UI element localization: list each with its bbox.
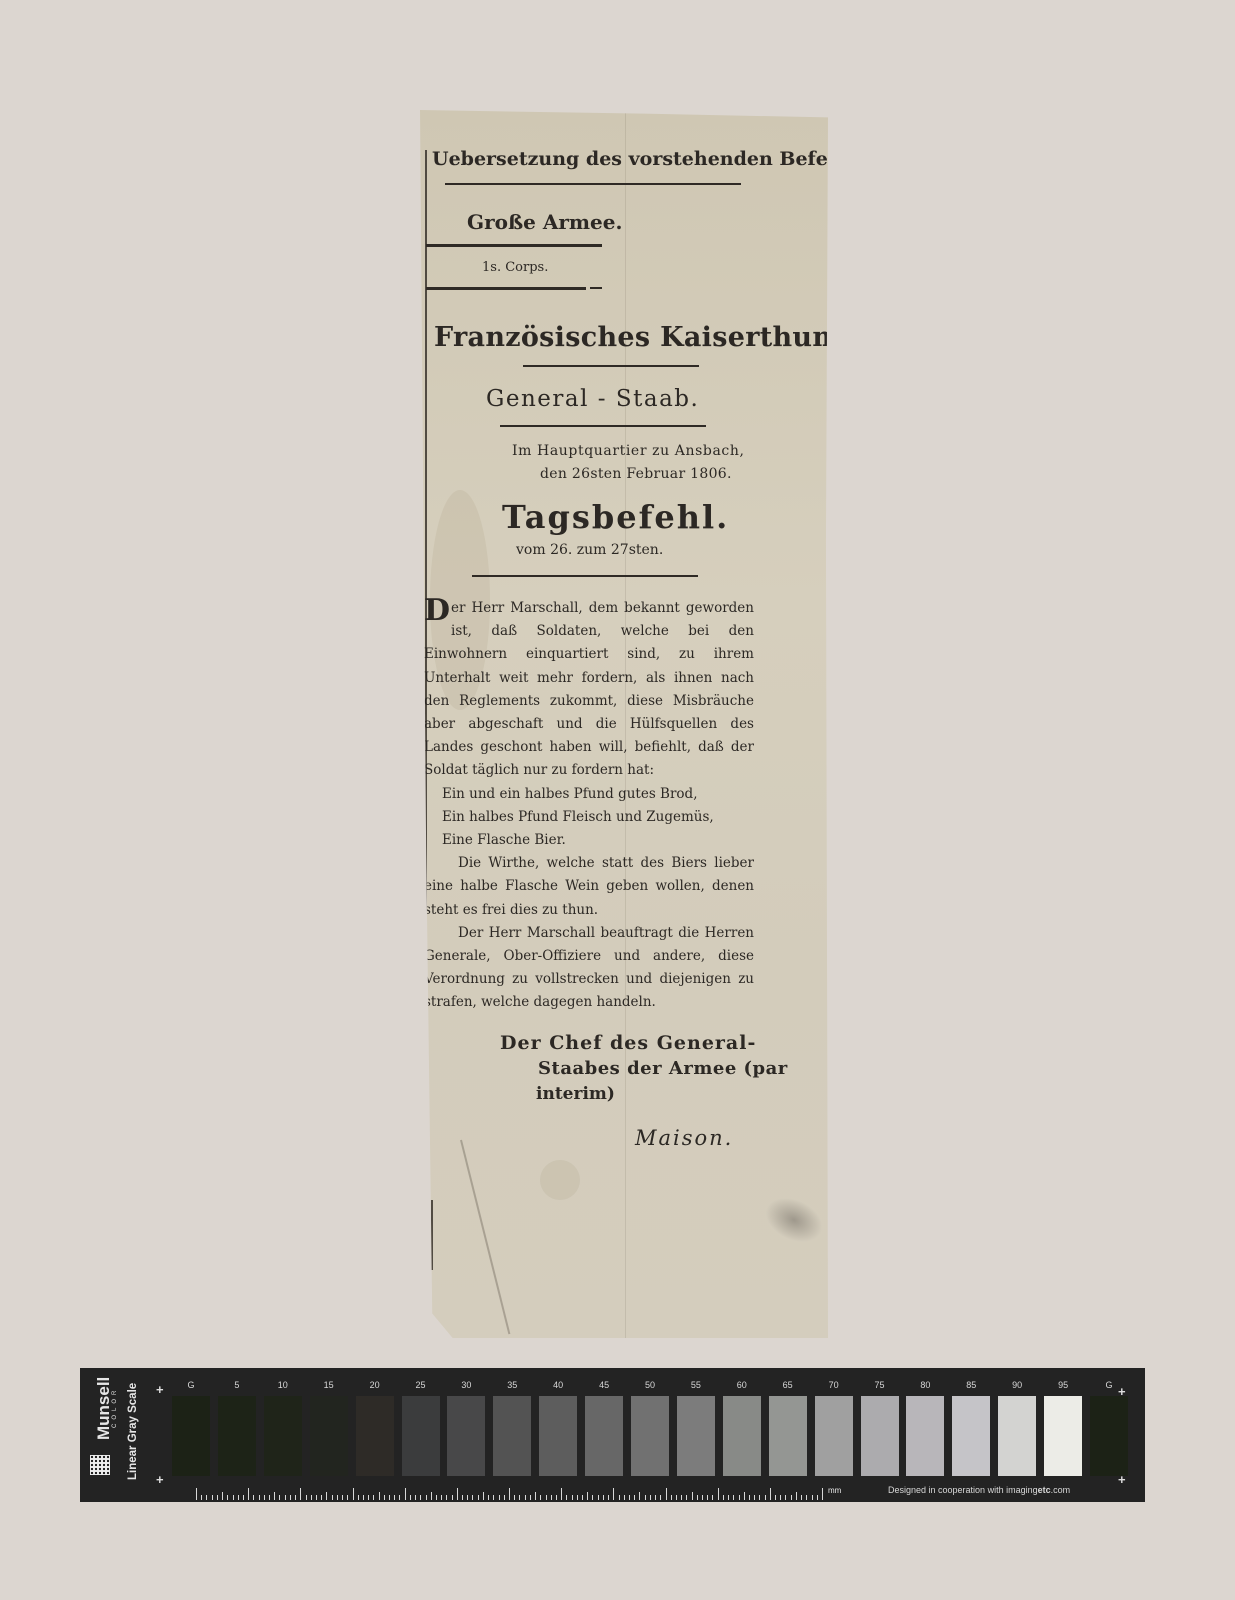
gray-swatch xyxy=(172,1396,210,1476)
divider xyxy=(445,183,741,185)
gray-swatch xyxy=(356,1396,394,1476)
ruler-tick xyxy=(285,1495,286,1500)
ruler-tick xyxy=(410,1495,411,1500)
ruler-tick xyxy=(744,1492,745,1500)
date-line: den 26sten Februar 1806. xyxy=(540,466,732,482)
swatch-label: G xyxy=(172,1380,210,1390)
ruler-tick xyxy=(483,1492,484,1500)
ruler-tick xyxy=(535,1492,536,1500)
ruler-tick xyxy=(347,1495,348,1500)
ruler-tick xyxy=(598,1495,599,1500)
ruler-tick xyxy=(791,1495,792,1500)
ruler-tick xyxy=(478,1495,479,1500)
ruler-tick xyxy=(212,1495,213,1500)
gray-swatch xyxy=(310,1396,348,1476)
ruler-tick xyxy=(592,1495,593,1500)
gray-swatch xyxy=(861,1396,899,1476)
ruler-tick xyxy=(765,1495,766,1500)
signature-title-line-2: Staabes der Armee (par xyxy=(538,1058,788,1079)
ruler-tick xyxy=(441,1495,442,1500)
ration-item: Ein halbes Pfund Fleisch und Zugemüs, xyxy=(424,806,754,829)
ruler-tick xyxy=(493,1495,494,1500)
ruler-tick xyxy=(457,1488,458,1500)
ruler-tick xyxy=(561,1488,562,1500)
ruler-tick xyxy=(279,1495,280,1500)
ruler-tick xyxy=(650,1495,651,1500)
ruler-tick xyxy=(770,1488,771,1500)
swatch-label: 90 xyxy=(998,1380,1036,1390)
ruler-tick xyxy=(702,1495,703,1500)
ruler-tick xyxy=(504,1495,505,1500)
ruler-tick xyxy=(712,1495,713,1500)
mm-ruler xyxy=(196,1486,822,1500)
ruler-tick xyxy=(666,1488,667,1500)
ruler-tick xyxy=(822,1488,823,1500)
swatch-label: 50 xyxy=(631,1380,669,1390)
brand-sub: COLOR xyxy=(112,1387,118,1428)
ruler-tick xyxy=(264,1495,265,1500)
divider xyxy=(426,287,586,290)
swatch-label: 40 xyxy=(539,1380,577,1390)
ruler-tick xyxy=(775,1495,776,1500)
ruler-tick xyxy=(754,1495,755,1500)
ruler-tick xyxy=(368,1495,369,1500)
gray-swatch xyxy=(402,1396,440,1476)
ruler-tick xyxy=(326,1492,327,1500)
ruler-tick xyxy=(300,1488,301,1500)
ruler-tick xyxy=(311,1495,312,1500)
ruler-tick xyxy=(472,1495,473,1500)
ruler-tick xyxy=(290,1495,291,1500)
divider xyxy=(472,575,698,577)
order-body: Der Herr Marschall, dem bekannt geworden… xyxy=(424,597,754,1015)
document-header: Uebersetzung des vorstehenden Befehls. xyxy=(432,148,866,170)
order-subtitle: vom 26. zum 27sten. xyxy=(516,542,663,558)
ruler-tick xyxy=(394,1495,395,1500)
registration-mark-icon: + xyxy=(156,1472,164,1487)
place-line: Im Hauptquartier zu Ansbach, xyxy=(512,443,745,459)
swatch-label: 55 xyxy=(677,1380,715,1390)
ruler-tick xyxy=(519,1495,520,1500)
ruler-tick xyxy=(603,1495,604,1500)
ruler-tick xyxy=(812,1495,813,1500)
divider xyxy=(426,244,602,247)
swatch-label: 25 xyxy=(402,1380,440,1390)
ruler-tick xyxy=(582,1495,583,1500)
swatch-label: 80 xyxy=(906,1380,944,1390)
ruler-tick xyxy=(681,1495,682,1500)
ruler-tick xyxy=(660,1495,661,1500)
ruler-tick xyxy=(639,1492,640,1500)
ruler-tick xyxy=(295,1495,296,1500)
swatch-label: 10 xyxy=(264,1380,302,1390)
swatch-label: 20 xyxy=(356,1380,394,1390)
gray-swatch xyxy=(723,1396,761,1476)
ruler-tick xyxy=(462,1495,463,1500)
staff-heading: General - Staab. xyxy=(486,386,699,412)
ruler-tick xyxy=(739,1495,740,1500)
signatory-name: Maison. xyxy=(635,1126,733,1150)
ruler-tick xyxy=(342,1495,343,1500)
ruler-tick xyxy=(692,1492,693,1500)
ruler-tick xyxy=(697,1495,698,1500)
gray-swatch xyxy=(631,1396,669,1476)
gray-swatch xyxy=(906,1396,944,1476)
gray-swatch xyxy=(585,1396,623,1476)
swatch-label: 60 xyxy=(723,1380,761,1390)
ruler-tick xyxy=(332,1495,333,1500)
ruler-tick xyxy=(363,1495,364,1500)
ruler-tick xyxy=(373,1495,374,1500)
ruler-tick xyxy=(509,1488,510,1500)
ruler-tick xyxy=(556,1495,557,1500)
gray-swatch xyxy=(998,1396,1036,1476)
empire-heading: Französisches Kaiserthum. xyxy=(434,322,851,353)
ruler-tick xyxy=(817,1495,818,1500)
paragraph-1: Der Herr Marschall, dem bekannt geworden… xyxy=(424,597,754,783)
ruler-tick xyxy=(629,1495,630,1500)
ruler-tick xyxy=(233,1495,234,1500)
army-heading: Große Armee. xyxy=(467,210,622,234)
ruler-tick xyxy=(577,1495,578,1500)
divider xyxy=(590,287,602,289)
ruler-tick xyxy=(613,1488,614,1500)
gray-swatch xyxy=(264,1396,302,1476)
swatch-label: G xyxy=(1090,1380,1128,1390)
gray-swatch-strip: G5101520253035404550556065707580859095G xyxy=(172,1376,1131,1476)
gray-swatch xyxy=(447,1396,485,1476)
swatch-label: 30 xyxy=(447,1380,485,1390)
ruler-tick xyxy=(525,1495,526,1500)
swatch-label: 75 xyxy=(861,1380,899,1390)
swatch-label: 45 xyxy=(585,1380,623,1390)
ruler-tick xyxy=(358,1495,359,1500)
ruler-tick xyxy=(259,1495,260,1500)
ruler-tick xyxy=(405,1488,406,1500)
ruler-tick xyxy=(728,1495,729,1500)
ruler-tick xyxy=(316,1495,317,1500)
ruler-tick xyxy=(655,1495,656,1500)
swatch-label: 85 xyxy=(952,1380,990,1390)
ruler-tick xyxy=(608,1495,609,1500)
ruler-tick xyxy=(514,1495,515,1500)
ruler-tick xyxy=(551,1495,552,1500)
swatch-label: 65 xyxy=(769,1380,807,1390)
ruler-tick xyxy=(415,1495,416,1500)
ruler-tick xyxy=(566,1495,567,1500)
munsell-gray-scale-card: Munsell COLOR Linear Gray Scale + + + + … xyxy=(80,1368,1145,1502)
ruler-tick xyxy=(619,1495,620,1500)
ruler-tick xyxy=(530,1495,531,1500)
ruler-tick xyxy=(389,1495,390,1500)
gray-swatch xyxy=(1044,1396,1082,1476)
ornamental-divider xyxy=(500,425,706,427)
brand-name: Munsell xyxy=(94,1377,114,1440)
ruler-tick xyxy=(201,1495,202,1500)
ration-item: Eine Flasche Bier. xyxy=(424,829,754,852)
gray-swatch xyxy=(1090,1396,1128,1476)
ruler-tick xyxy=(467,1495,468,1500)
ruler-tick xyxy=(431,1492,432,1500)
ruler-tick xyxy=(379,1492,380,1500)
ruler-tick xyxy=(222,1492,223,1500)
gray-swatch xyxy=(539,1396,577,1476)
ruler-tick xyxy=(634,1495,635,1500)
ruler-tick xyxy=(384,1495,385,1500)
paper-crease xyxy=(460,1140,510,1335)
ruler-tick xyxy=(353,1488,354,1500)
historical-document: Uebersetzung des vorstehenden Befehls. G… xyxy=(420,110,828,1338)
ruler-tick xyxy=(676,1495,677,1500)
ruler-tick xyxy=(426,1495,427,1500)
ruler-tick xyxy=(206,1495,207,1500)
gray-swatch xyxy=(493,1396,531,1476)
registration-mark-icon: + xyxy=(156,1382,164,1397)
ruler-tick xyxy=(759,1495,760,1500)
gray-swatch xyxy=(815,1396,853,1476)
signature-title-line-3: interim) xyxy=(536,1084,615,1104)
ruler-tick xyxy=(274,1492,275,1500)
paragraph-3: Der Herr Marschall beauftragt die Herren… xyxy=(424,922,754,1015)
drop-cap: D xyxy=(424,601,450,621)
ration-item: Ein und ein halbes Pfund gutes Brod, xyxy=(424,783,754,806)
left-border-rule xyxy=(431,1200,433,1270)
ruler-tick xyxy=(238,1495,239,1500)
gray-swatch xyxy=(677,1396,715,1476)
ruler-tick xyxy=(337,1495,338,1500)
card-credit: Designed in cooperation with imagingetc.… xyxy=(888,1485,1070,1495)
ruler-tick xyxy=(546,1495,547,1500)
munsell-grid-logo-icon xyxy=(90,1455,110,1475)
scale-label: Linear Gray Scale xyxy=(127,1383,139,1480)
ruler-unit: mm xyxy=(828,1486,841,1495)
ruler-tick xyxy=(420,1495,421,1500)
ruler-tick xyxy=(196,1488,197,1500)
ruler-tick xyxy=(749,1495,750,1500)
ruler-tick xyxy=(488,1495,489,1500)
ruler-tick xyxy=(686,1495,687,1500)
gray-swatch xyxy=(952,1396,990,1476)
corps-label: 1s. Corps. xyxy=(482,260,548,275)
ruler-tick xyxy=(269,1495,270,1500)
ruler-tick xyxy=(624,1495,625,1500)
ruler-tick xyxy=(248,1488,249,1500)
swatch-label: 35 xyxy=(493,1380,531,1390)
ink-smudge xyxy=(758,1189,829,1251)
order-title: Tagsbefehl. xyxy=(502,498,729,536)
ruler-tick xyxy=(446,1495,447,1500)
ruler-tick xyxy=(306,1495,307,1500)
swatch-label: 70 xyxy=(815,1380,853,1390)
ruler-tick xyxy=(217,1495,218,1500)
ruler-tick xyxy=(436,1495,437,1500)
ruler-tick xyxy=(253,1495,254,1500)
ruler-tick xyxy=(785,1495,786,1500)
ruler-tick xyxy=(452,1495,453,1500)
paragraph-2: Die Wirthe, welche statt des Biers liebe… xyxy=(424,852,754,922)
ruler-tick xyxy=(801,1495,802,1500)
ruler-tick xyxy=(671,1495,672,1500)
ruler-tick xyxy=(723,1495,724,1500)
ruler-tick xyxy=(499,1495,500,1500)
ruler-tick xyxy=(243,1495,244,1500)
paper-stain xyxy=(540,1160,580,1200)
ruler-tick xyxy=(399,1495,400,1500)
ruler-tick xyxy=(587,1492,588,1500)
ruler-tick xyxy=(780,1495,781,1500)
ruler-tick xyxy=(645,1495,646,1500)
ruler-tick xyxy=(733,1495,734,1500)
swatch-label: 95 xyxy=(1044,1380,1082,1390)
ruler-tick xyxy=(806,1495,807,1500)
signature-title-line-1: Der Chef des General- xyxy=(500,1032,756,1054)
ruler-tick xyxy=(718,1488,719,1500)
ruler-tick xyxy=(540,1495,541,1500)
gray-swatch xyxy=(218,1396,256,1476)
ruler-tick xyxy=(572,1495,573,1500)
ruler-tick xyxy=(227,1495,228,1500)
ruler-tick xyxy=(707,1495,708,1500)
ruler-tick xyxy=(321,1495,322,1500)
gray-swatch xyxy=(769,1396,807,1476)
ornamental-divider xyxy=(523,365,699,367)
swatch-label: 15 xyxy=(310,1380,348,1390)
ruler-tick xyxy=(796,1492,797,1500)
swatch-label: 5 xyxy=(218,1380,256,1390)
